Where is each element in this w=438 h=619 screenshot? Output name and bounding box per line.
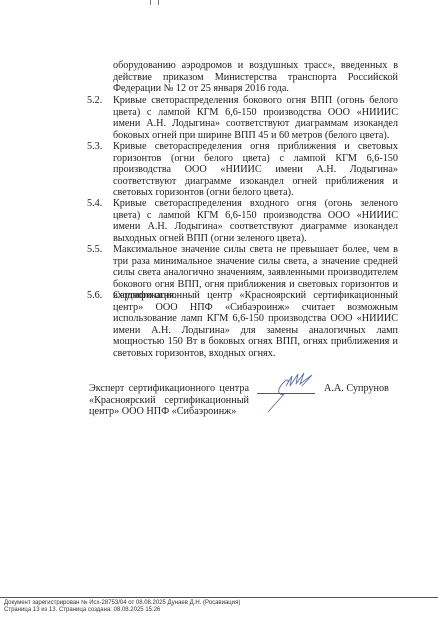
continuation-paragraph: оборудованию аэродромов и воздушных трас… xyxy=(113,60,398,95)
item-text: Кривые светораспределения огня приближен… xyxy=(113,141,398,199)
item-number: 5.5. xyxy=(87,244,102,256)
item-number: 5.3. xyxy=(87,141,102,153)
item-number: 5.6. xyxy=(87,290,102,302)
registration-stamp: Документ зарегистрирован № Исх-28753/04 … xyxy=(4,600,240,607)
item-number: 5.4. xyxy=(87,198,102,210)
continuation-line: оборудованию аэродромов и воздушных трас… xyxy=(113,60,398,72)
signatory-title: Эксперт сертификационного центра «Красно… xyxy=(89,383,249,418)
page-info: Страница 13 из 13. Страница создана: 08.… xyxy=(4,607,240,614)
item-text: Кривые светораспределения входного огня … xyxy=(113,198,398,244)
continuation-line: Федерации № 12 от 25 января 2016 года. xyxy=(113,83,398,95)
footer-divider xyxy=(0,597,438,598)
signatory-name: А.А. Супрунов xyxy=(324,383,389,395)
item-text: Кривые светораспределения бокового огня … xyxy=(113,95,398,141)
signature-line xyxy=(257,393,315,394)
registration-footer: Документ зарегистрирован № Исх-28753/04 … xyxy=(4,600,240,614)
item-text: Сертификационный центр «Красноярский сер… xyxy=(113,290,398,359)
item-number: 5.2. xyxy=(87,95,102,107)
continuation-line: действие приказом Министерства транспорт… xyxy=(113,72,398,84)
scan-marks xyxy=(150,0,162,6)
